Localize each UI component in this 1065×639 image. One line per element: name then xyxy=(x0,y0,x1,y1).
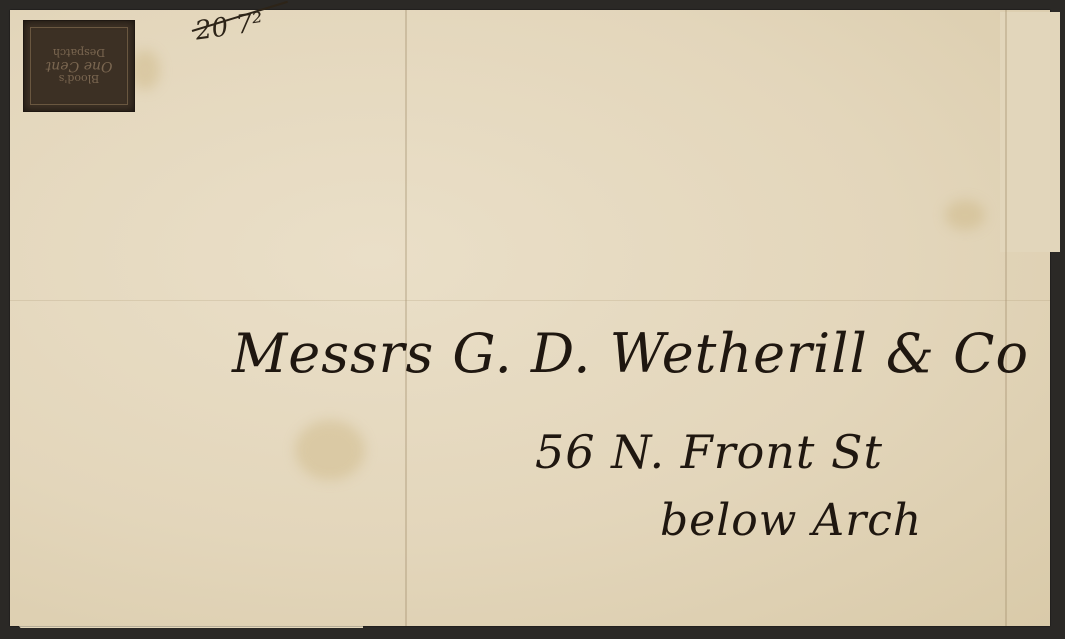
fold-line xyxy=(405,10,407,626)
fold-line xyxy=(1005,10,1007,626)
fold-line xyxy=(10,300,1050,301)
stain xyxy=(945,200,985,230)
stamp-design: Blood's One Cent Despatch xyxy=(30,27,128,105)
postage-stamp: Blood's One Cent Despatch xyxy=(23,20,135,112)
stain xyxy=(295,420,365,480)
stamp-text: Despatch xyxy=(53,47,105,60)
address-line-3: below Arch xyxy=(660,495,922,546)
stamp-text: Blood's xyxy=(59,73,100,86)
address-line-1: Messrs G. D. Wetherill & Co xyxy=(232,322,1029,385)
right-flap xyxy=(1000,12,1060,252)
address-line-2: 56 N. Front St xyxy=(535,425,883,479)
stamp-text: One Cent xyxy=(46,60,113,73)
